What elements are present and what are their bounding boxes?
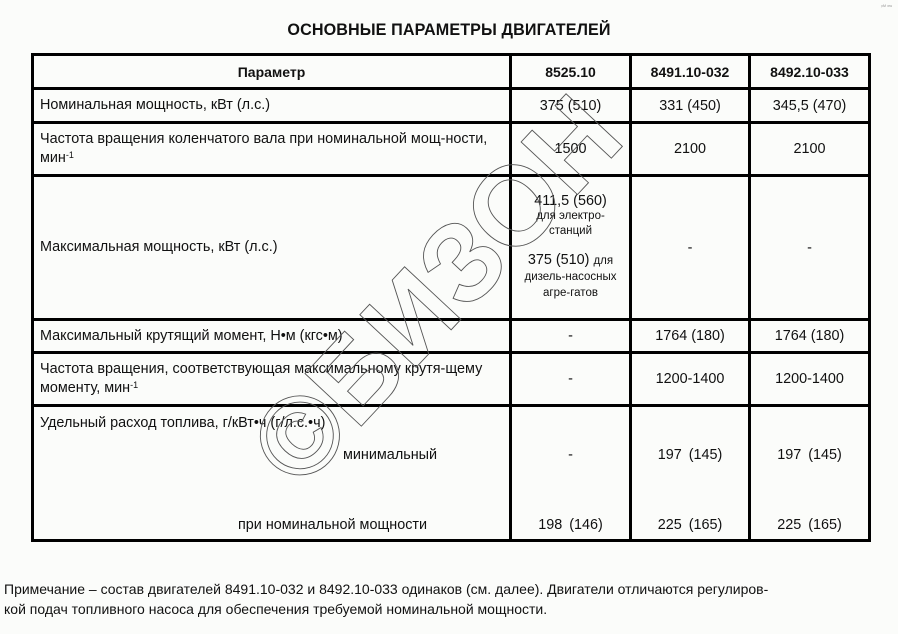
cell-value: - [750, 176, 870, 320]
cell-value: 1764 (180) [631, 320, 750, 353]
header-parameter: Параметр [33, 55, 511, 89]
cell-value: 345,5 (470) [750, 89, 870, 123]
table-row: Частота вращения коленчатого вала при но… [33, 123, 870, 176]
cell-value-min: - [512, 447, 629, 463]
cell-value: - [511, 320, 631, 353]
max-power-line-2: 375 (510) для дизель-насосных агре-гатов [518, 253, 623, 301]
param-crankshaft-speed-nominal: Частота вращения коленчатого вала при но… [33, 123, 511, 176]
cell-value-nom: 225 (165) [632, 517, 748, 533]
cell-value: 1200-1400 [750, 353, 870, 406]
table-row: Частота вращения, соответствующая максим… [33, 353, 870, 406]
param-max-torque: Максимальный крутящий момент, Н•м (кгс•м… [33, 320, 511, 353]
engine-parameters-table: Параметр 8525.10 8491.10-032 8492.10-033… [31, 53, 871, 542]
cell-value-min: 197 (145) [751, 447, 868, 463]
header-engine-8492: 8492.10-033 [750, 55, 870, 89]
cell-value: 2100 [750, 123, 870, 176]
param-specific-fuel-consumption: Удельный расход топлива, г/кВт•ч (г/л.с.… [33, 406, 511, 541]
param-text: Частота вращения коленчатого вала при но… [40, 131, 487, 166]
footnote-line-1: Примечание – состав двигателей 8491.10-0… [4, 579, 894, 599]
cell-fuel-8525: - 198 (146) [511, 406, 631, 541]
cell-value: 331 (450) [631, 89, 750, 123]
fuel-sub-minimum: минимальный [343, 447, 437, 463]
table-row: Максимальный крутящий момент, Н•м (кгс•м… [33, 320, 870, 353]
table-row: Максимальная мощность, кВт (л.с.) 411,5 … [33, 176, 870, 320]
param-superscript: -1 [66, 150, 74, 160]
footnote: Примечание – состав двигателей 8491.10-0… [4, 579, 894, 619]
cell-value: 1500 [511, 123, 631, 176]
table-header-row: Параметр 8525.10 8491.10-032 8492.10-033 [33, 55, 870, 89]
cell-value-min: 197 (145) [632, 447, 748, 463]
max-power-note-1: для электро-станций [518, 209, 623, 239]
header-engine-8491: 8491.10-032 [631, 55, 750, 89]
param-max-power: Максимальная мощность, кВт (л.с.) [33, 176, 511, 320]
footnote-line-2: кой подач топливного насоса для обеспече… [4, 599, 894, 619]
cell-value: 1764 (180) [750, 320, 870, 353]
cell-value: 375 (510) [511, 89, 631, 123]
header-engine-8525: 8525.10 [511, 55, 631, 89]
corner-mark: ᵖᴹ ʷʷ [881, 4, 892, 10]
cell-value-nom: 225 (165) [751, 517, 868, 533]
page-title: ОСНОВНЫЕ ПАРАМЕТРЫ ДВИГАТЕЛЕЙ [22, 20, 875, 40]
table-row: Номинальная мощность, кВт (л.с.) 375 (51… [33, 89, 870, 123]
cell-value: - [511, 353, 631, 406]
cell-fuel-8491: 197 (145) 225 (165) [631, 406, 750, 541]
param-nominal-power: Номинальная мощность, кВт (л.с.) [33, 89, 511, 123]
cell-value: - [631, 176, 750, 320]
cell-value-nom: 198 (146) [512, 517, 629, 533]
max-power-value-2: 375 (510) [528, 252, 590, 268]
fuel-param-label: Удельный расход топлива, г/кВт•ч (г/л.с.… [40, 415, 325, 431]
param-superscript: -1 [130, 380, 138, 390]
param-speed-at-max-torque: Частота вращения, соответствующая максим… [33, 353, 511, 406]
cell-value: 1200-1400 [631, 353, 750, 406]
cell-value-max-power-8525: 411,5 (560) для электро-станций 375 (510… [511, 176, 631, 320]
max-power-value-1: 411,5 (560) [518, 194, 623, 209]
param-text: Частота вращения, соответствующая максим… [40, 361, 482, 396]
cell-fuel-8492: 197 (145) 225 (165) [750, 406, 870, 541]
fuel-sub-nominal: при номинальной мощности [238, 517, 427, 533]
table-row: Удельный расход топлива, г/кВт•ч (г/л.с.… [33, 406, 870, 541]
cell-value: 2100 [631, 123, 750, 176]
